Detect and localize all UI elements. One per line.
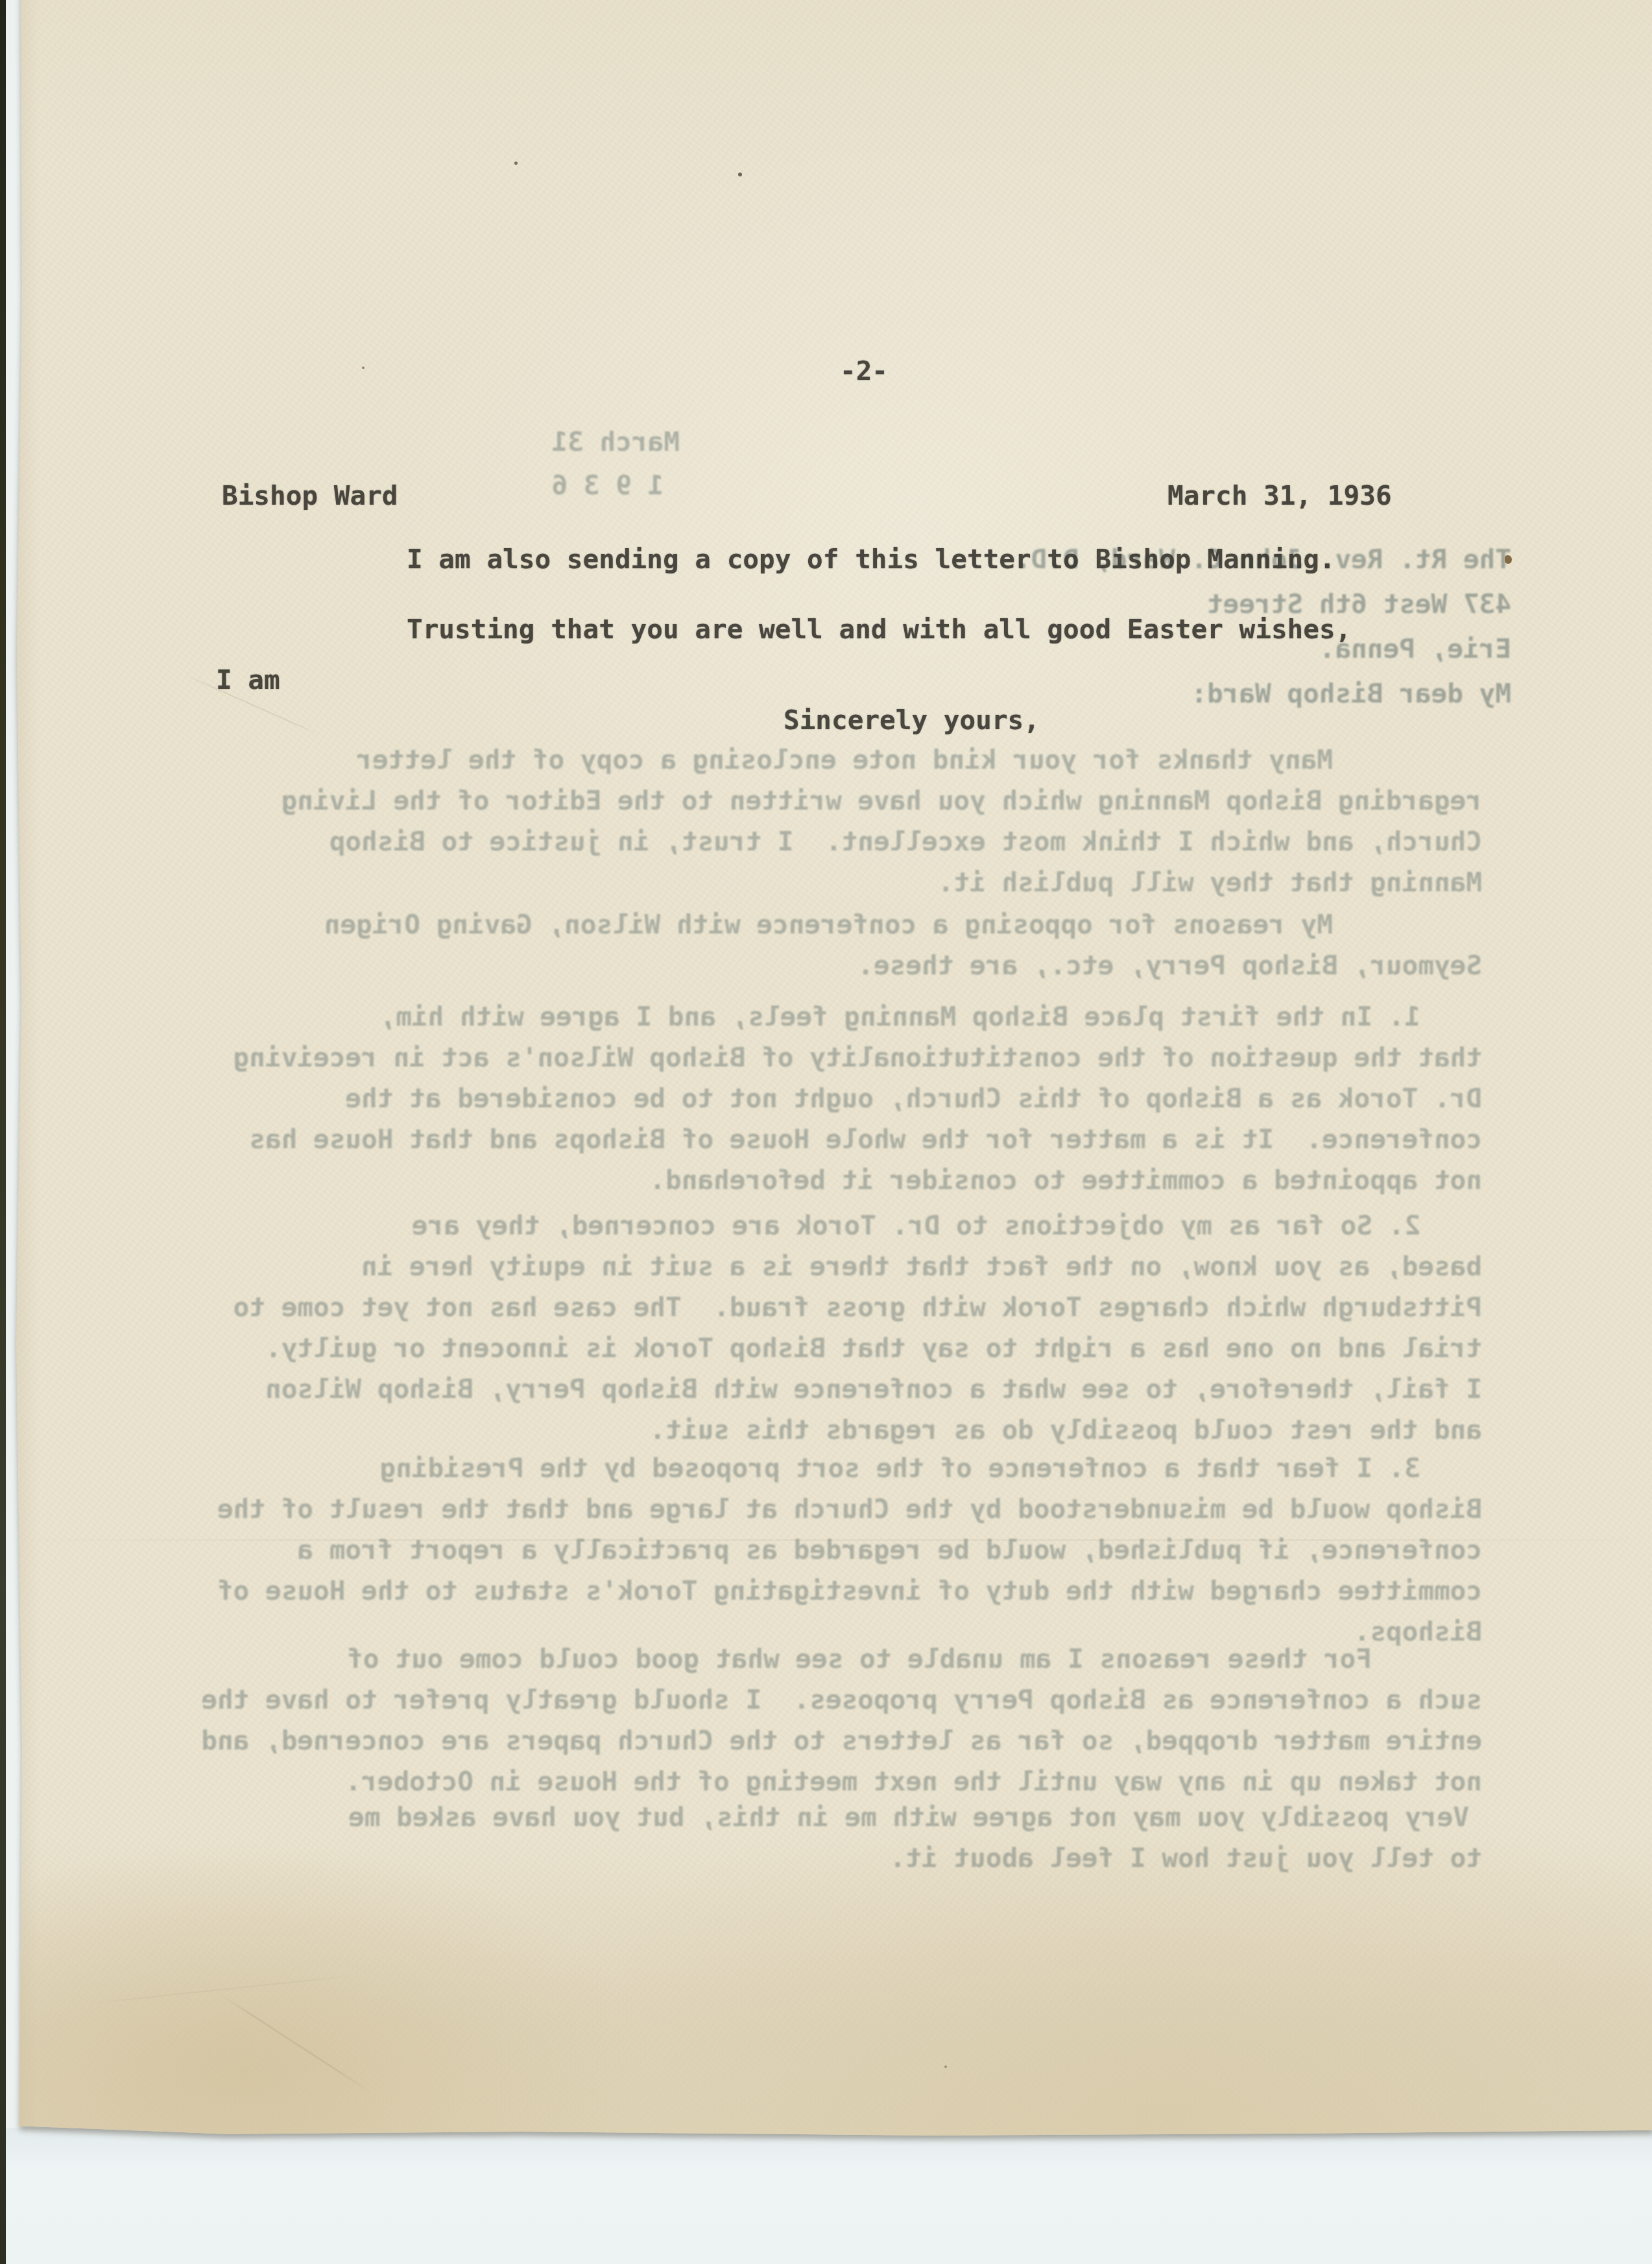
- page-number: -2-: [840, 355, 888, 387]
- scanned-letter-screenshot: { "document": { "page_number": "-2-", "a…: [0, 0, 1652, 2264]
- addressee-line: Bishop Ward: [222, 480, 398, 512]
- body-line: I am also sending a copy of this letter …: [407, 544, 1335, 575]
- closing-line: Sincerely yours,: [784, 704, 1040, 736]
- body-line: I am: [216, 664, 280, 696]
- date-line: March 31, 1936: [1167, 480, 1392, 512]
- paper-shadow-wrap: March 31 1 9 3 6 The Rt. Rev. John C. Wa…: [0, 0, 1652, 2264]
- letter-paper: March 31 1 9 3 6 The Rt. Rev. John C. Wa…: [13, 0, 1652, 2136]
- typewritten-text-layer: -2- Bishop Ward March 31, 1936 I am also…: [0, 0, 1652, 2264]
- body-line: Trusting that you are well and with all …: [407, 614, 1351, 645]
